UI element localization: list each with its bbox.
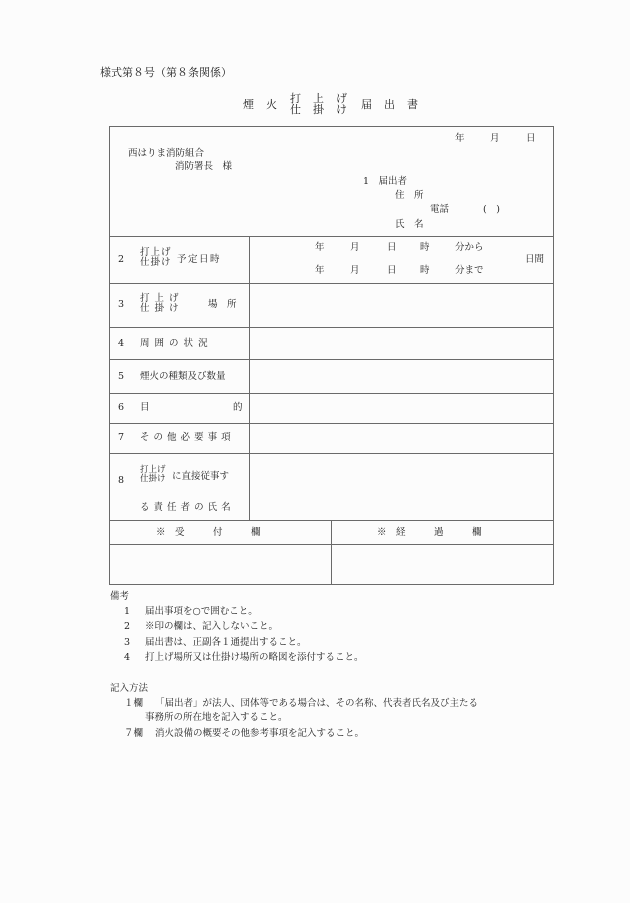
row-number: 4 [118, 339, 124, 349]
row-label: そ の 他 必 要 事 項 [140, 433, 231, 443]
progress-field[interactable] [332, 545, 553, 584]
stack-bottom: 仕掛け [140, 475, 166, 484]
to-minute: 分まで [455, 266, 484, 276]
title-stack: 上 掛 [313, 93, 324, 115]
fireworks-type-field[interactable] [250, 360, 553, 393]
to-day: 日 [387, 266, 397, 276]
applicant-label: 1 届出者 [363, 177, 407, 187]
note-text: ※印の欄は、記入しないこと。 [145, 622, 278, 632]
duration-label: 日間 [525, 255, 544, 265]
addressee-org: 西はりま消防組合 [128, 149, 204, 159]
title-stack: 打 仕 [290, 93, 301, 115]
title-char: 煙 [243, 99, 254, 110]
progress-header: ※ 経 過 欄 [377, 528, 482, 538]
row-number: 3 [118, 300, 124, 310]
top-section-area[interactable] [110, 127, 553, 236]
reception-field[interactable] [110, 545, 331, 584]
instruction-label: １欄 [124, 699, 143, 709]
note-number: 4 [124, 653, 130, 663]
title-char: 書 [407, 99, 418, 110]
instructions-heading: 記入方法 [110, 684, 148, 694]
other-matters-field[interactable] [250, 424, 553, 453]
row-label: 周 囲 の 状 況 [140, 339, 209, 349]
reception-header: ※ 受 付 欄 [156, 528, 261, 538]
location-field[interactable] [250, 284, 553, 327]
instruction-text: 「届出者」が法人、団体等である場合は、その名称、代表者氏名及び主たる [155, 699, 478, 709]
instruction-text: 消火設備の概要その他参考事項を記入すること。 [155, 729, 364, 739]
stack-label: 打 上 げ 仕 掛 け [140, 294, 180, 313]
from-month: 月 [350, 243, 360, 253]
instruction-label: ７欄 [124, 729, 143, 739]
date-day-label: 日 [526, 134, 536, 144]
note-number: 3 [124, 638, 130, 648]
responsible-person-field[interactable] [250, 454, 553, 520]
row-label: に直接従事す [172, 472, 229, 482]
to-year: 年 [315, 266, 325, 276]
row-label: 予定日時 [177, 255, 221, 265]
phone-label: 電話 [430, 205, 449, 215]
row-number: 5 [118, 372, 124, 382]
note-number: 1 [124, 607, 130, 617]
from-hour: 時 [420, 243, 430, 253]
stack-label: 打上げ 仕掛け [140, 466, 166, 483]
row-number: 8 [118, 476, 124, 486]
note-number: 2 [124, 622, 130, 632]
title-char: 出 [384, 99, 395, 110]
row-number: 7 [118, 433, 124, 443]
row-number: 6 [118, 403, 124, 413]
notes-heading: 備考 [110, 592, 129, 602]
stack-label: 打上げ 仕掛け [140, 248, 172, 267]
note-text: 届出事項を○で囲むこと。 [145, 607, 258, 617]
stack-bottom: 仕掛け [140, 258, 172, 268]
address-label: 住 所 [395, 191, 424, 201]
date-month-label: 月 [490, 134, 500, 144]
surroundings-field[interactable] [250, 328, 553, 359]
title-char: 届 [361, 99, 372, 110]
table-border-right [553, 126, 554, 585]
note-text: 届出書は、正副各１通提出すること。 [145, 638, 307, 648]
title-char: 仕 [290, 104, 301, 115]
note-text: 打上げ場所又は仕掛け場所の略図を添付すること。 [145, 653, 364, 663]
from-minute: 分から [455, 243, 484, 253]
stack-bottom: 仕 掛 け [140, 304, 180, 314]
date-year-label: 年 [455, 134, 465, 144]
purpose-field[interactable] [250, 394, 553, 423]
row-number: 2 [118, 255, 124, 265]
phone-parens: ( ) [483, 205, 500, 215]
title-char: 掛 [313, 104, 324, 115]
title-char: け [336, 104, 347, 115]
from-day: 日 [387, 243, 397, 253]
row-label: 目 [140, 403, 150, 413]
row-label: る 責 任 者 の 氏 名 [140, 503, 231, 513]
row-label: 場 所 [208, 300, 237, 310]
row-label: 的 [233, 403, 243, 413]
row-label: 煙火の種類及び数量 [140, 372, 226, 382]
title-stack: げ け [336, 93, 347, 115]
name-label: 氏 名 [395, 220, 424, 230]
to-month: 月 [350, 266, 360, 276]
to-hour: 時 [420, 266, 430, 276]
from-year: 年 [315, 243, 325, 253]
scheduled-datetime-field[interactable] [250, 237, 553, 283]
form-number: 様式第８号（第８条関係） [100, 67, 232, 78]
addressee-title: 消防署長 様 [175, 162, 232, 172]
title-char: 火 [266, 99, 277, 110]
instruction-text-cont: 事務所の所在地を記入すること。 [145, 713, 288, 723]
